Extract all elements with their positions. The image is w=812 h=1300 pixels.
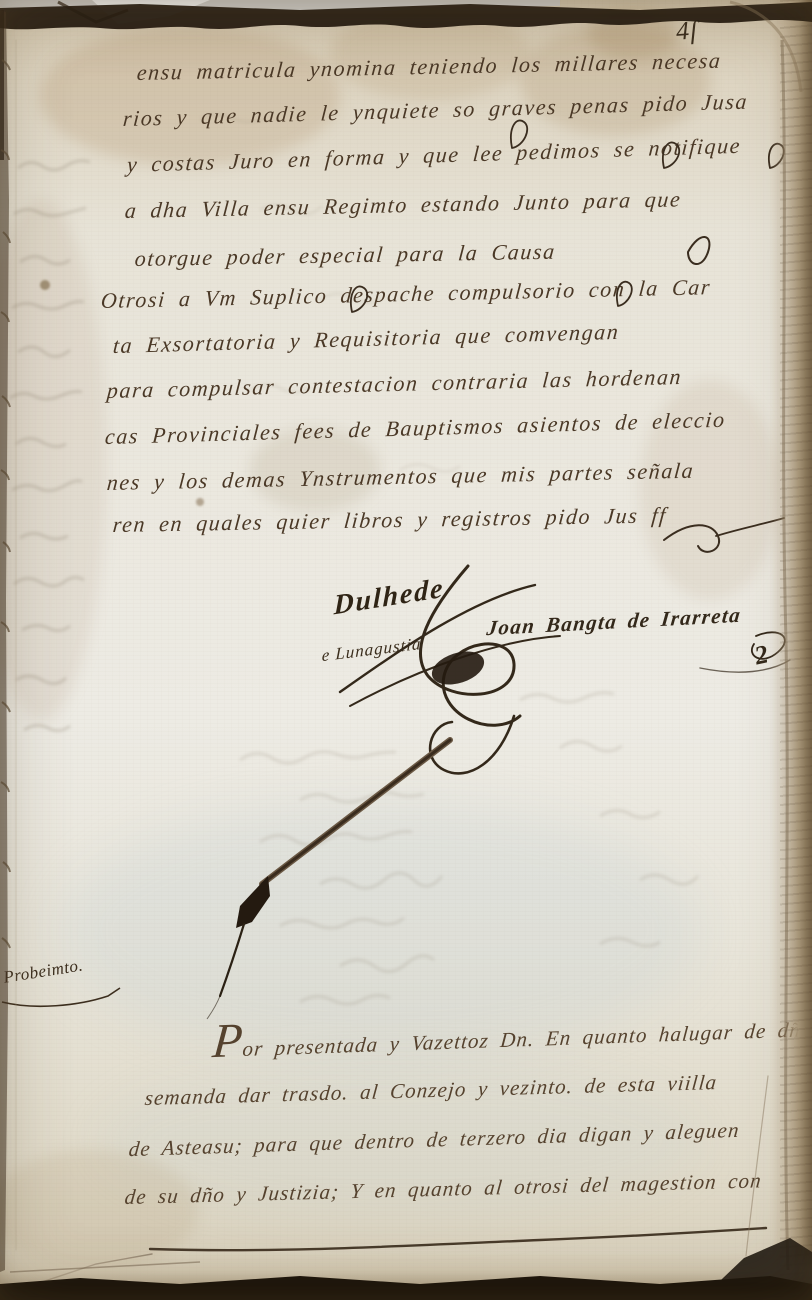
manuscript-page: ensu matricula ynomina teniendo los mill… bbox=[0, 0, 812, 1300]
page-edge-layer bbox=[0, 0, 812, 1300]
bottom-lip-crease bbox=[10, 1262, 200, 1272]
right-edge-streak bbox=[782, 40, 788, 1270]
left-edge-dark-top bbox=[0, 10, 4, 160]
bottom-ragged-edge bbox=[0, 1276, 812, 1300]
left-edge-shadow bbox=[0, 10, 9, 1272]
